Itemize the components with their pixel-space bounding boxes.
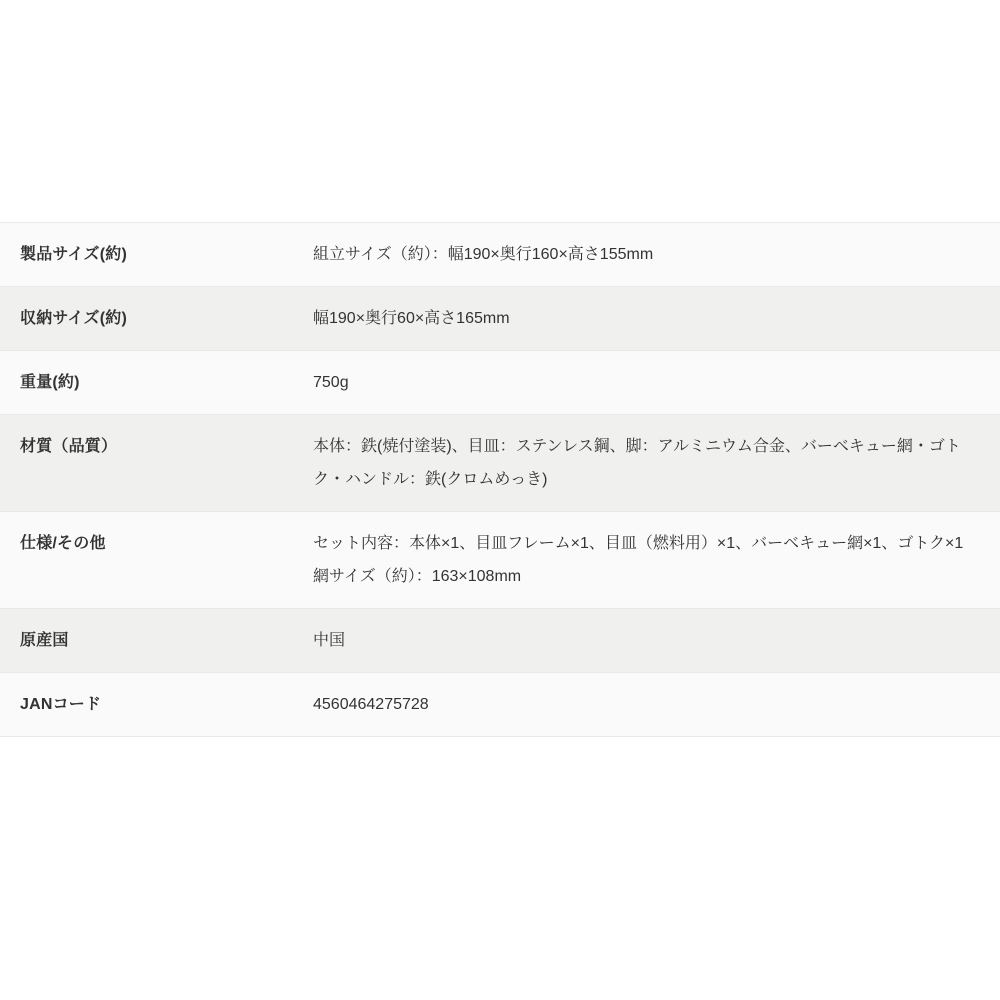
spec-label-product-size: 製品サイズ(約)	[0, 238, 313, 271]
spec-label-country-of-origin: 原産国	[0, 624, 313, 657]
spec-label-material: 材質（品質）	[0, 430, 313, 463]
spec-value-spec-other: セット内容：本体×1、目皿フレーム×1、目皿（燃料用）×1、バーベキュー網×1、…	[313, 527, 1000, 593]
spec-value-jan-code: 4560464275728	[313, 688, 1000, 721]
spec-value-country-of-origin: 中国	[313, 624, 1000, 657]
spec-row-storage-size: 収納サイズ(約) 幅190×奥行60×高さ165mm	[0, 286, 1000, 350]
spec-label-spec-other: 仕様/その他	[0, 527, 313, 560]
spec-value-weight: 750g	[313, 366, 1000, 399]
spec-row-material: 材質（品質） 本体：鉄(焼付塗装)、目皿：ステンレス鋼、脚：アルミニウム合金、バ…	[0, 414, 1000, 511]
spec-row-country-of-origin: 原産国 中国	[0, 608, 1000, 672]
spec-value-material: 本体：鉄(焼付塗装)、目皿：ステンレス鋼、脚：アルミニウム合金、バーベキュー網・…	[313, 430, 1000, 496]
spec-row-weight: 重量(約) 750g	[0, 350, 1000, 414]
spec-label-storage-size: 収納サイズ(約)	[0, 302, 313, 335]
page-canvas: 製品サイズ(約) 組立サイズ（約）：幅190×奥行160×高さ155mm 収納サ…	[0, 0, 1000, 1000]
spec-label-jan-code: JANコード	[0, 688, 313, 721]
spec-value-storage-size: 幅190×奥行60×高さ165mm	[313, 302, 1000, 335]
spec-value-line-net-size: 網サイズ（約）：163×108mm	[313, 560, 986, 593]
spec-row-spec-other: 仕様/その他 セット内容：本体×1、目皿フレーム×1、目皿（燃料用）×1、バーベ…	[0, 511, 1000, 608]
spec-label-weight: 重量(約)	[0, 366, 313, 399]
product-spec-table: 製品サイズ(約) 組立サイズ（約）：幅190×奥行160×高さ155mm 収納サ…	[0, 222, 1000, 737]
spec-row-product-size: 製品サイズ(約) 組立サイズ（約）：幅190×奥行160×高さ155mm	[0, 222, 1000, 286]
spec-value-product-size: 組立サイズ（約）：幅190×奥行160×高さ155mm	[313, 238, 1000, 271]
spec-value-line-set-contents: セット内容：本体×1、目皿フレーム×1、目皿（燃料用）×1、バーベキュー網×1、…	[313, 527, 986, 560]
spec-row-jan-code: JANコード 4560464275728	[0, 672, 1000, 736]
